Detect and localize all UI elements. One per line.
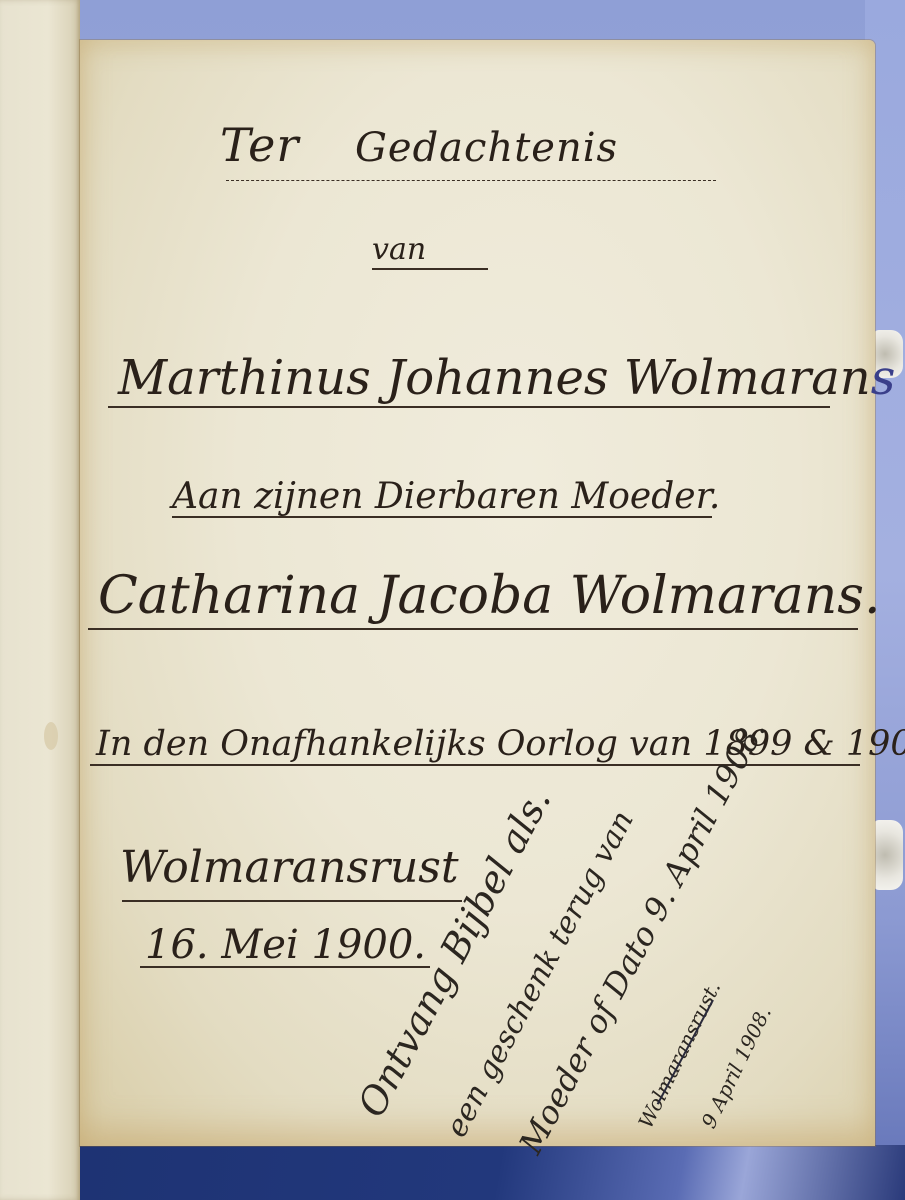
son-name-blue-suffix: s bbox=[871, 350, 896, 406]
mother-name-line: Catharina Jacoba Wolmarans. bbox=[98, 566, 881, 626]
place-underline bbox=[122, 900, 462, 902]
war-line: In den Onafhankelijks Oorlog van 1899 & … bbox=[96, 724, 905, 764]
mother-name-underline bbox=[88, 628, 858, 630]
van-underline bbox=[372, 268, 488, 270]
paper-tear bbox=[44, 722, 58, 750]
date-line: 16. Mei 1900. bbox=[145, 922, 426, 968]
dedication-underline bbox=[172, 516, 712, 518]
son-name: Marthinus Johannes Wolmaran bbox=[118, 350, 871, 406]
title-line: Ter Gedachtenis bbox=[220, 118, 618, 172]
title-word-gedachtenis: Gedachtenis bbox=[355, 125, 618, 171]
title-underline bbox=[226, 180, 716, 181]
left-page-edge bbox=[0, 0, 80, 1200]
photo-scene: Ter Gedachtenis van Marthinus Johannes W… bbox=[0, 0, 905, 1200]
date-underline bbox=[140, 966, 430, 968]
son-name-underline bbox=[108, 406, 830, 408]
table-surface-bottom bbox=[0, 1145, 905, 1200]
dedication-line: Aan zijnen Dierbaren Moeder. bbox=[172, 476, 720, 517]
place-line: Wolmaransrust bbox=[120, 842, 459, 893]
title-word-ter: Ter bbox=[220, 118, 299, 172]
van-line: van bbox=[372, 232, 426, 267]
son-name-line: Marthinus Johannes Wolmarans bbox=[118, 350, 895, 406]
metal-clasp-bottom-icon bbox=[873, 820, 903, 890]
